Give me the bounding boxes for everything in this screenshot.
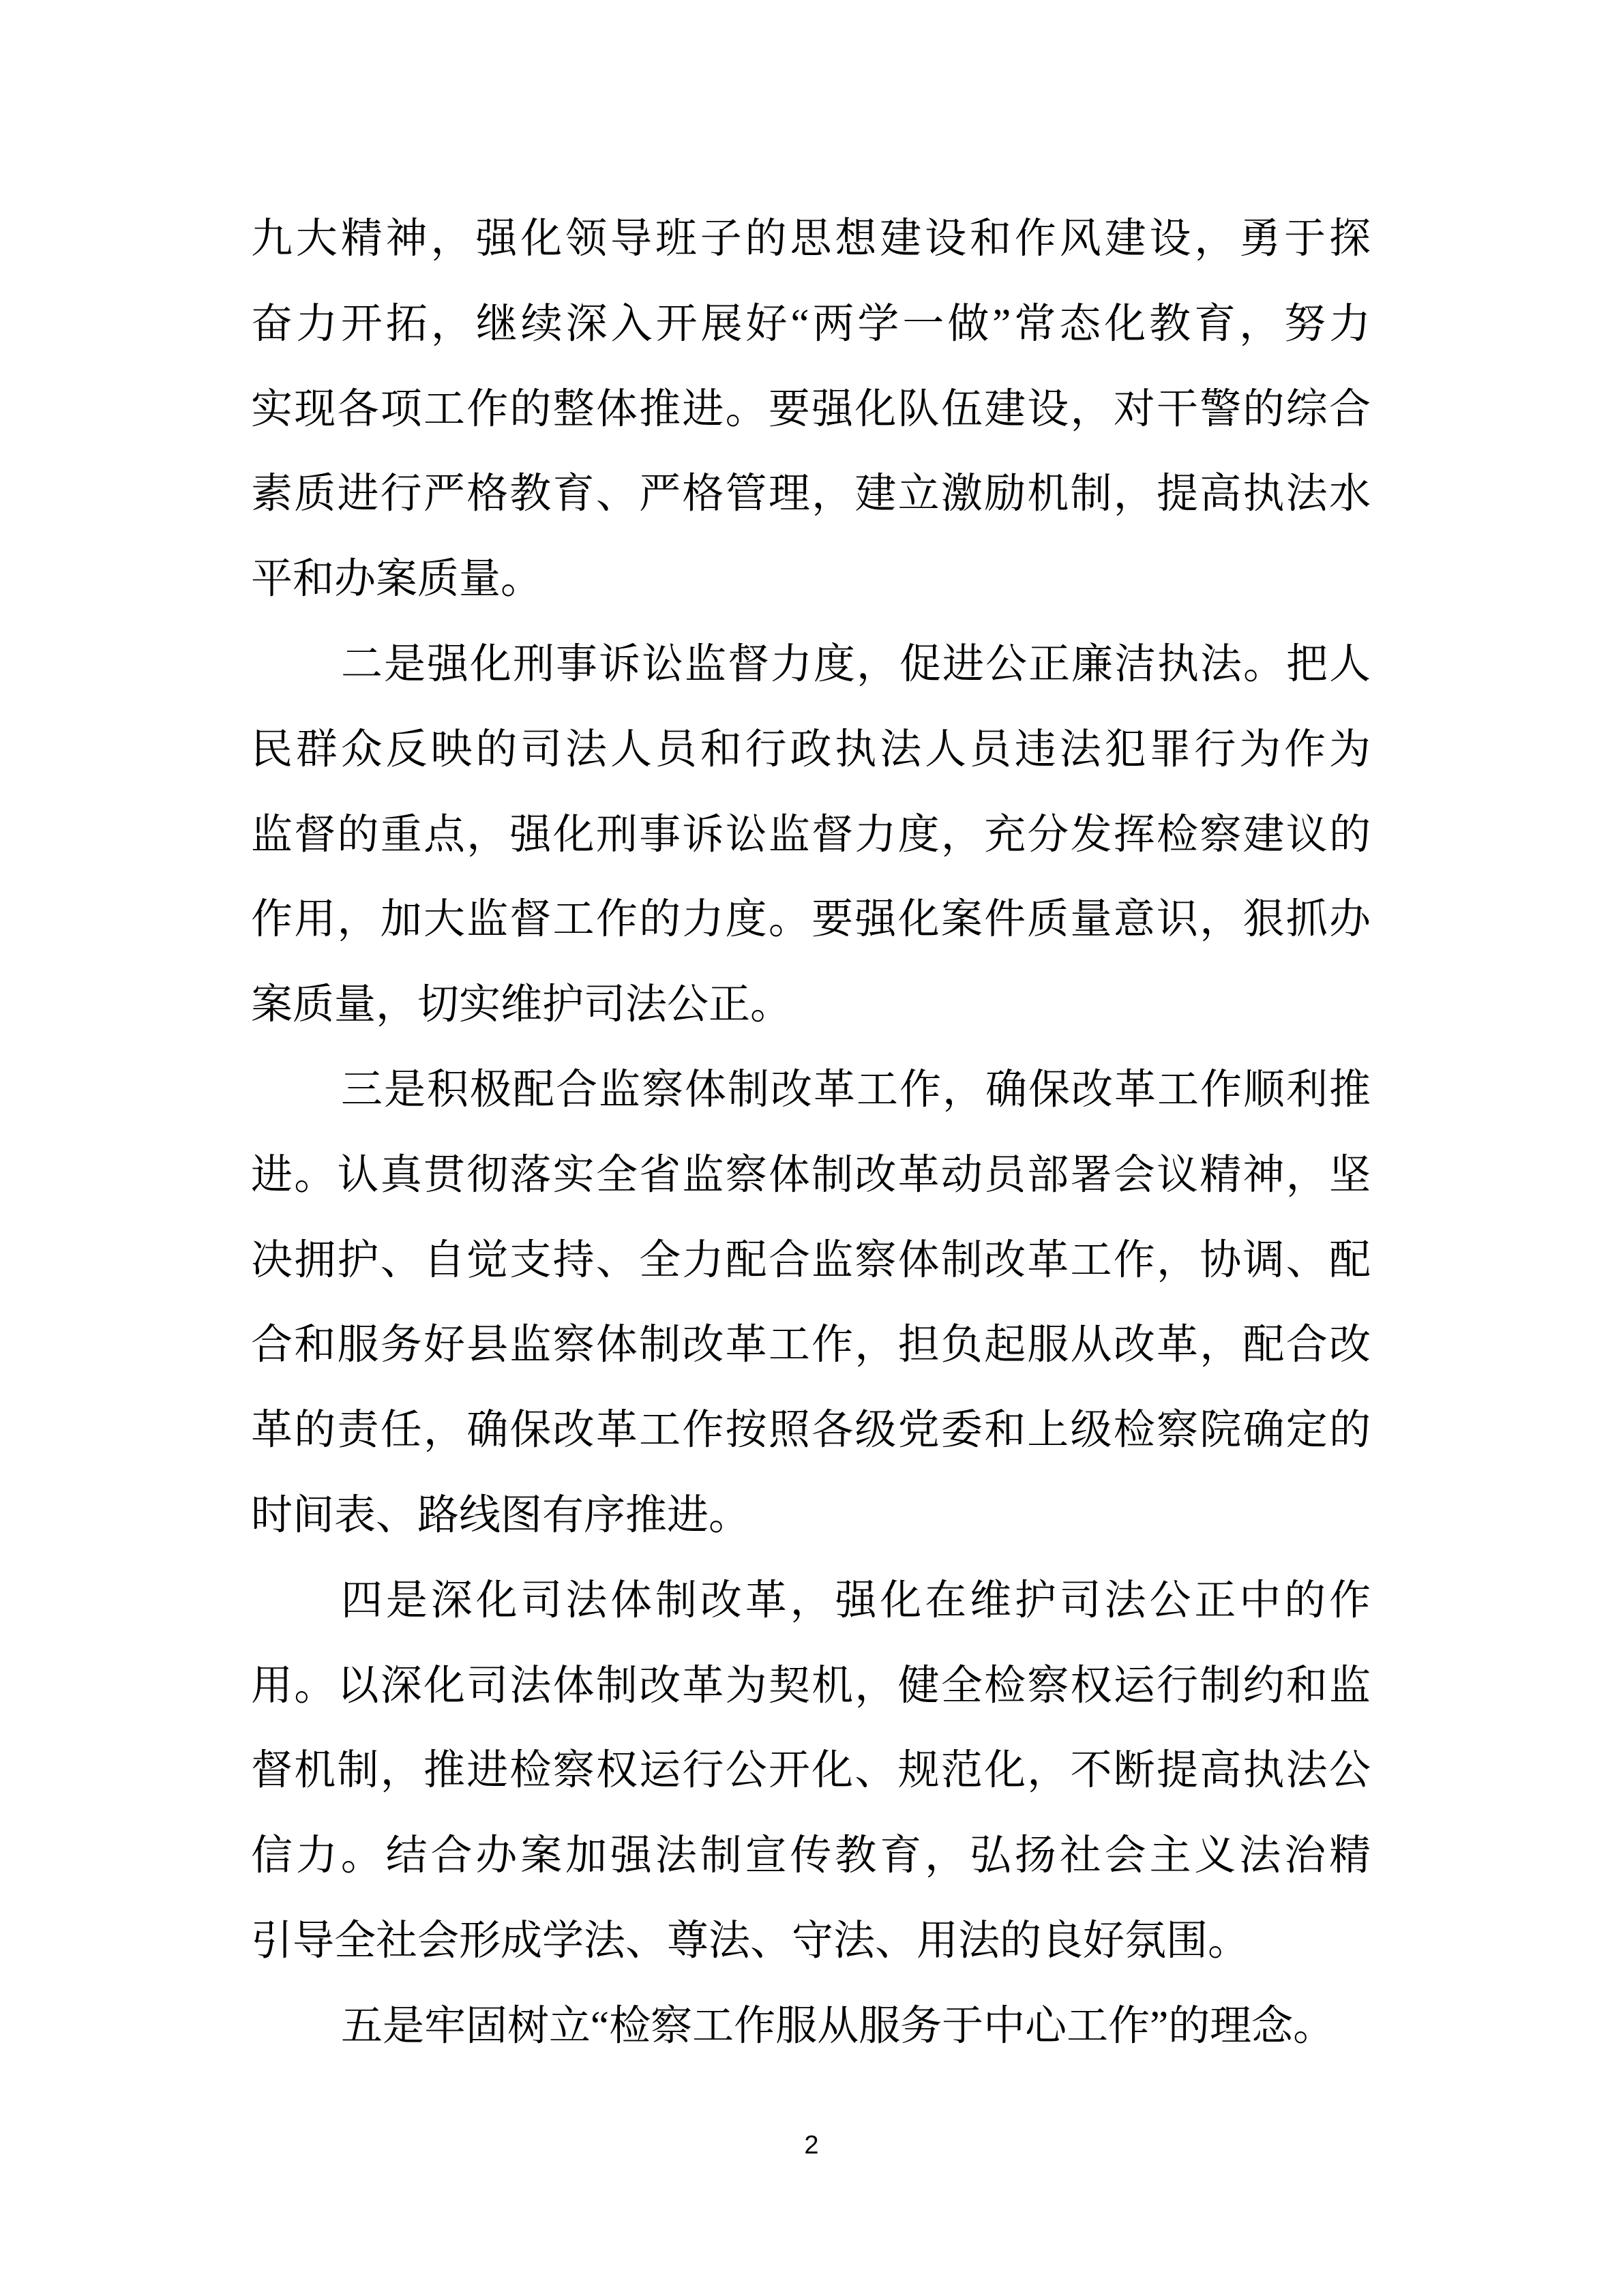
text-line: 革的责任，确保改革工作按照各级党委和上级检察院确定的 — [251, 1388, 1371, 1474]
text-line: 信力。结合办案加强法制宣传教育，弘扬社会主义法治精神， — [251, 1814, 1371, 1899]
text-line: 监督的重点，强化刑事诉讼监督力度，充分发挥检察建议的 — [251, 793, 1371, 878]
text-line: 奋力开拓，继续深入开展好“两学一做”常态化教育，努力 — [251, 282, 1371, 368]
text-line: 决拥护、自觉支持、全力配合监察体制改革工作，协调、配 — [251, 1219, 1371, 1304]
text-line: 督机制，推进检察权运行公开化、规范化，不断提高执法公 — [251, 1729, 1371, 1814]
text-line: 平和办案质量。 — [251, 537, 1371, 623]
text-line: 五是牢固树立“检察工作服从服务于中心工作”的理念。 — [251, 1984, 1371, 2070]
text-line: 作用，加大监督工作的力度。要强化案件质量意识，狠抓办 — [251, 878, 1371, 963]
text-line: 实现各项工作的整体推进。要强化队伍建设，对干警的综合 — [251, 368, 1371, 453]
text-line: 素质进行严格教育、严格管理，建立激励机制，提高执法水 — [251, 452, 1371, 537]
text-line: 九大精神，强化领导班子的思想建设和作风建设，勇于探索， — [251, 197, 1371, 282]
text-line: 四是深化司法体制改革，强化在维护司法公正中的作 — [251, 1559, 1371, 1644]
text-line: 进。认真贯彻落实全省监察体制改革动员部署会议精神，坚 — [251, 1133, 1371, 1219]
text-line: 时间表、路线图有序推进。 — [251, 1474, 1371, 1559]
text-line: 引导全社会形成学法、尊法、守法、用法的良好氛围。 — [251, 1899, 1371, 1984]
text-line: 合和服务好县监察体制改革工作，担负起服从改革，配合改 — [251, 1303, 1371, 1388]
text-line: 三是积极配合监察体制改革工作，确保改革工作顺利推 — [251, 1048, 1371, 1133]
document-text: 九大精神，强化领导班子的思想建设和作风建设，勇于探索，奋力开拓，继续深入开展好“… — [251, 197, 1371, 2070]
text-line: 案质量，切实维护司法公正。 — [251, 963, 1371, 1048]
page-number: 2 — [0, 2130, 1623, 2160]
text-line: 用。以深化司法体制改革为契机，健全检察权运行制约和监 — [251, 1644, 1371, 1729]
document-page: 九大精神，强化领导班子的思想建设和作风建设，勇于探索，奋力开拓，继续深入开展好“… — [0, 0, 1623, 2296]
text-line: 民群众反映的司法人员和行政执法人员违法犯罪行为作为 — [251, 708, 1371, 793]
text-line: 二是强化刑事诉讼监督力度，促进公正廉洁执法。把人 — [251, 623, 1371, 708]
